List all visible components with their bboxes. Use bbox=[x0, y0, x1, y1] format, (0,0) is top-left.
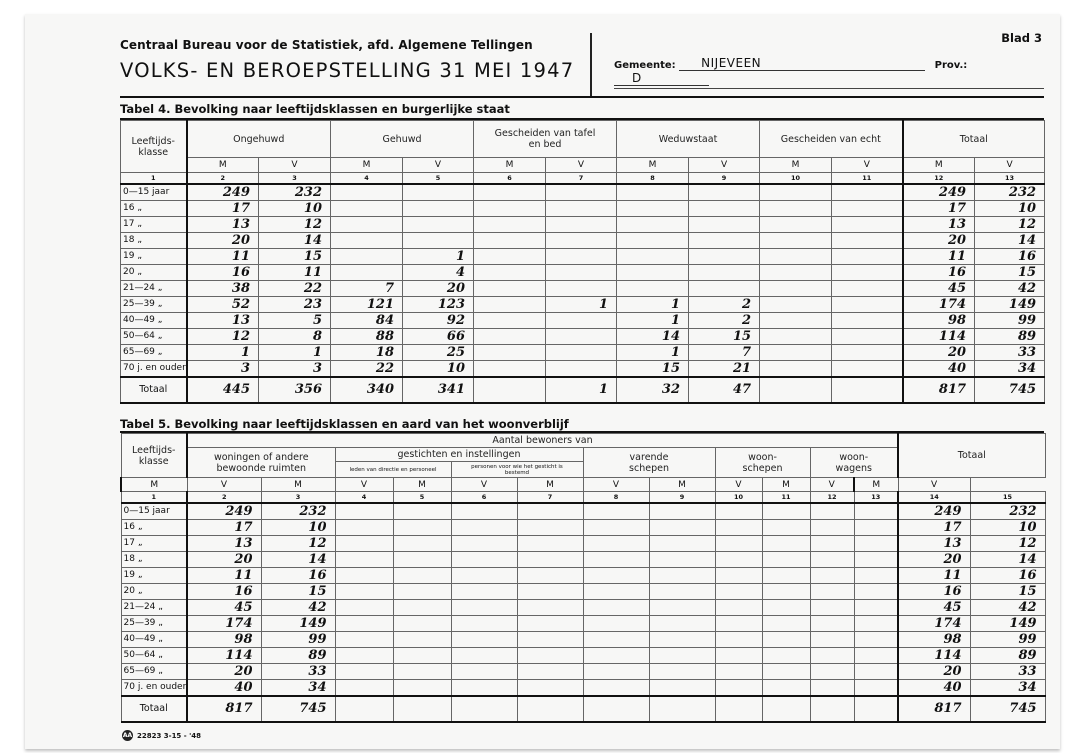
age-class-label: 65—69 „ bbox=[121, 344, 187, 360]
data-cell: 17 bbox=[903, 200, 975, 216]
column-number: 10 bbox=[760, 173, 832, 184]
data-cell: 7 bbox=[331, 280, 403, 296]
column-number: 13 bbox=[854, 492, 898, 503]
data-cell bbox=[331, 248, 403, 264]
data-cell bbox=[854, 535, 898, 551]
province-field: D bbox=[614, 71, 709, 86]
data-cell bbox=[335, 599, 393, 615]
total-cell: 1 bbox=[546, 377, 617, 403]
data-cell: 45 bbox=[187, 599, 261, 615]
data-cell: 22 bbox=[331, 360, 403, 377]
data-cell bbox=[393, 679, 451, 696]
sex-header-m: M bbox=[187, 158, 259, 173]
group-header-woningen: woningen of andere bewoonde ruimten bbox=[187, 448, 335, 478]
column-number: 9 bbox=[689, 173, 760, 184]
group-header-totaal: Totaal bbox=[898, 434, 1045, 478]
column-number: 3 bbox=[259, 173, 331, 184]
data-cell: 12 bbox=[261, 535, 335, 551]
data-cell: 1 bbox=[187, 344, 259, 360]
data-cell: 2 bbox=[689, 296, 760, 312]
data-cell bbox=[617, 280, 689, 296]
table-row: 65—69 „20332033 bbox=[121, 663, 1045, 679]
data-cell bbox=[393, 503, 451, 520]
data-cell bbox=[832, 312, 903, 328]
data-cell bbox=[760, 344, 832, 360]
data-cell: 20 bbox=[898, 551, 970, 567]
data-cell bbox=[583, 679, 649, 696]
data-cell bbox=[393, 567, 451, 583]
data-cell bbox=[810, 535, 854, 551]
data-cell bbox=[810, 551, 854, 567]
data-cell bbox=[760, 280, 832, 296]
data-cell bbox=[649, 599, 715, 615]
data-cell: 88 bbox=[331, 328, 403, 344]
data-cell bbox=[335, 679, 393, 696]
form-title: VOLKS- EN BEROEPSTELLING 31 MEI 1947 bbox=[120, 59, 574, 82]
table-row: 21—24 „38227204542 bbox=[121, 280, 1045, 296]
table-row: 25—39 „174149174149 bbox=[121, 615, 1045, 631]
total-cell: 745 bbox=[261, 696, 335, 722]
sex-header-m: M bbox=[261, 478, 335, 492]
data-cell: 33 bbox=[261, 663, 335, 679]
data-cell bbox=[451, 583, 517, 599]
sex-header-m: M bbox=[903, 158, 975, 173]
data-cell bbox=[546, 232, 617, 248]
data-cell bbox=[331, 216, 403, 232]
data-cell bbox=[517, 503, 583, 520]
data-cell bbox=[474, 280, 546, 296]
table-row: 16 „17101710 bbox=[121, 519, 1045, 535]
data-cell bbox=[810, 631, 854, 647]
data-cell bbox=[762, 679, 810, 696]
data-cell bbox=[832, 296, 903, 312]
data-cell bbox=[762, 615, 810, 631]
data-cell bbox=[546, 280, 617, 296]
data-cell bbox=[760, 296, 832, 312]
data-cell: 16 bbox=[187, 264, 259, 280]
data-cell: 38 bbox=[187, 280, 259, 296]
total-row: Totaal44535634034113247817745 bbox=[121, 377, 1045, 403]
data-cell bbox=[474, 360, 546, 377]
sex-header-m: M bbox=[854, 478, 898, 492]
data-cell bbox=[832, 216, 903, 232]
table5-dwelling-type: Leeftijds-klasse Aantal bewoners van Tot… bbox=[120, 433, 1046, 723]
age-class-label: 65—69 „ bbox=[121, 663, 187, 679]
age-class-label: 20 „ bbox=[121, 583, 187, 599]
data-cell: 17 bbox=[898, 519, 970, 535]
data-cell bbox=[760, 264, 832, 280]
sex-header-v: V bbox=[335, 478, 393, 492]
table-row: 25—39 „5223121123112174149 bbox=[121, 296, 1045, 312]
data-cell: 98 bbox=[898, 631, 970, 647]
data-cell: 249 bbox=[187, 503, 261, 520]
data-cell bbox=[546, 184, 617, 201]
column-number: 1 bbox=[121, 173, 187, 184]
super-header-aantal-bewoners: Aantal bewoners van bbox=[187, 434, 898, 448]
data-cell: 20 bbox=[187, 663, 261, 679]
table-row: 70 j. en ouder33221015214034 bbox=[121, 360, 1045, 377]
data-cell bbox=[331, 264, 403, 280]
sex-header-m: M bbox=[649, 478, 715, 492]
data-cell bbox=[517, 631, 583, 647]
data-cell: 34 bbox=[970, 679, 1045, 696]
data-cell bbox=[689, 248, 760, 264]
data-cell: 11 bbox=[187, 567, 261, 583]
data-cell: 89 bbox=[975, 328, 1045, 344]
data-cell bbox=[451, 599, 517, 615]
data-cell bbox=[583, 599, 649, 615]
table-row: 19 „11161116 bbox=[121, 567, 1045, 583]
data-cell bbox=[762, 535, 810, 551]
data-cell bbox=[649, 503, 715, 520]
data-cell: 89 bbox=[970, 647, 1045, 663]
data-cell: 14 bbox=[617, 328, 689, 344]
header-divider bbox=[590, 33, 592, 96]
data-cell bbox=[583, 551, 649, 567]
data-cell bbox=[335, 615, 393, 631]
age-class-label: 21—24 „ bbox=[121, 599, 187, 615]
data-cell bbox=[715, 519, 762, 535]
table-row: 19 „111511116 bbox=[121, 248, 1045, 264]
data-cell: 15 bbox=[617, 360, 689, 377]
data-cell: 2 bbox=[689, 312, 760, 328]
table-row: 0—15 jaar249232249232 bbox=[121, 503, 1045, 520]
data-cell: 232 bbox=[970, 503, 1045, 520]
data-cell: 33 bbox=[970, 663, 1045, 679]
data-cell: 12 bbox=[187, 328, 259, 344]
data-cell: 11 bbox=[903, 248, 975, 264]
data-cell bbox=[832, 232, 903, 248]
data-cell bbox=[810, 567, 854, 583]
data-cell bbox=[546, 360, 617, 377]
data-cell bbox=[517, 679, 583, 696]
data-cell bbox=[617, 264, 689, 280]
data-cell bbox=[451, 567, 517, 583]
age-class-label: 50—64 „ bbox=[121, 647, 187, 663]
data-cell bbox=[617, 232, 689, 248]
data-cell bbox=[583, 583, 649, 599]
data-cell bbox=[451, 551, 517, 567]
data-cell bbox=[583, 535, 649, 551]
data-cell bbox=[451, 615, 517, 631]
data-cell bbox=[832, 184, 903, 201]
data-cell bbox=[854, 583, 898, 599]
data-cell: 17 bbox=[187, 200, 259, 216]
column-number: 3 bbox=[261, 492, 335, 503]
data-cell bbox=[832, 200, 903, 216]
data-cell bbox=[649, 679, 715, 696]
data-cell: 174 bbox=[898, 615, 970, 631]
data-cell bbox=[451, 663, 517, 679]
data-cell: 149 bbox=[261, 615, 335, 631]
age-class-label: 19 „ bbox=[121, 248, 187, 264]
data-cell bbox=[832, 344, 903, 360]
data-cell: 52 bbox=[187, 296, 259, 312]
subgroup-header-bestemd: personen voor wie het gesticht is bestem… bbox=[451, 462, 583, 478]
age-class-label: 70 j. en ouder bbox=[121, 679, 187, 696]
data-cell: 12 bbox=[970, 535, 1045, 551]
data-cell: 13 bbox=[903, 216, 975, 232]
data-cell bbox=[854, 647, 898, 663]
total-cell: 47 bbox=[689, 377, 760, 403]
data-cell: 42 bbox=[975, 280, 1045, 296]
table-row: 0—15 jaar249232249232 bbox=[121, 184, 1045, 201]
data-cell: 99 bbox=[975, 312, 1045, 328]
column-number: 13 bbox=[975, 173, 1045, 184]
data-cell bbox=[715, 583, 762, 599]
data-cell: 45 bbox=[903, 280, 975, 296]
data-cell bbox=[649, 663, 715, 679]
data-cell: 249 bbox=[187, 184, 259, 201]
data-cell bbox=[689, 280, 760, 296]
data-cell bbox=[762, 551, 810, 567]
form-footer: AA 22823 3-15 - '48 bbox=[122, 730, 201, 741]
data-cell bbox=[393, 583, 451, 599]
sex-header-m: M bbox=[762, 478, 810, 492]
subgroup-header-directie-personeel: leden van directie en personeel bbox=[335, 462, 451, 478]
sex-header-v: V bbox=[451, 478, 517, 492]
data-cell bbox=[393, 615, 451, 631]
data-cell bbox=[403, 184, 474, 201]
data-cell bbox=[546, 344, 617, 360]
data-cell: 16 bbox=[903, 264, 975, 280]
total-cell: 817 bbox=[187, 696, 261, 722]
data-cell bbox=[854, 519, 898, 535]
column-number: 12 bbox=[810, 492, 854, 503]
data-cell bbox=[810, 519, 854, 535]
data-cell bbox=[760, 232, 832, 248]
table4-title: Tabel 4. Bevolking naar leeftijdsklassen… bbox=[120, 102, 510, 116]
data-cell bbox=[854, 663, 898, 679]
municipality-row: Gemeente: NIJEVEEN Prov.: D bbox=[614, 56, 1044, 86]
data-cell: 20 bbox=[187, 551, 261, 567]
total-cell bbox=[854, 696, 898, 722]
province-label: Prov.: bbox=[935, 60, 968, 71]
column-number: 1 bbox=[121, 492, 187, 503]
data-cell bbox=[715, 663, 762, 679]
data-cell bbox=[331, 184, 403, 201]
data-cell bbox=[583, 615, 649, 631]
data-cell: 121 bbox=[331, 296, 403, 312]
data-cell bbox=[762, 599, 810, 615]
data-cell bbox=[762, 519, 810, 535]
group-header-woonschepen: woon-schepen bbox=[715, 448, 810, 478]
data-cell: 114 bbox=[898, 647, 970, 663]
group-header-varende-schepen: varende schepen bbox=[583, 448, 715, 478]
age-class-label: 16 „ bbox=[121, 200, 187, 216]
data-cell: 34 bbox=[975, 360, 1045, 377]
data-cell: 174 bbox=[903, 296, 975, 312]
data-cell: 42 bbox=[970, 599, 1045, 615]
data-cell bbox=[403, 216, 474, 232]
age-class-label: 40—49 „ bbox=[121, 312, 187, 328]
data-cell bbox=[832, 264, 903, 280]
table-row: 20 „161141615 bbox=[121, 264, 1045, 280]
data-cell: 10 bbox=[970, 519, 1045, 535]
sex-header-m: M bbox=[121, 478, 187, 492]
column-number: 12 bbox=[903, 173, 975, 184]
data-cell: 1 bbox=[546, 296, 617, 312]
data-cell bbox=[649, 583, 715, 599]
data-cell bbox=[451, 519, 517, 535]
column-number: 2 bbox=[187, 173, 259, 184]
data-cell: 13 bbox=[187, 535, 261, 551]
age-class-label: 21—24 „ bbox=[121, 280, 187, 296]
data-cell bbox=[649, 535, 715, 551]
data-cell bbox=[617, 184, 689, 201]
data-cell bbox=[810, 679, 854, 696]
data-cell bbox=[854, 631, 898, 647]
data-cell bbox=[832, 248, 903, 264]
data-cell bbox=[689, 216, 760, 232]
data-cell: 20 bbox=[898, 663, 970, 679]
printer-logo-icon: AA bbox=[122, 730, 133, 741]
data-cell: 249 bbox=[898, 503, 970, 520]
data-cell bbox=[715, 567, 762, 583]
age-class-label: 0—15 jaar bbox=[121, 503, 187, 520]
sex-header-v: V bbox=[810, 478, 854, 492]
data-cell bbox=[335, 583, 393, 599]
table5-title: Tabel 5. Bevolking naar leeftijdsklassen… bbox=[120, 417, 569, 431]
data-cell bbox=[760, 184, 832, 201]
data-cell: 3 bbox=[187, 360, 259, 377]
data-cell bbox=[393, 663, 451, 679]
data-cell: 11 bbox=[898, 567, 970, 583]
data-cell bbox=[546, 328, 617, 344]
data-cell bbox=[762, 663, 810, 679]
sex-header-v: V bbox=[689, 158, 760, 173]
table-row: 70 j. en ouder40344034 bbox=[121, 679, 1045, 696]
data-cell bbox=[810, 503, 854, 520]
data-cell bbox=[517, 663, 583, 679]
column-number: 8 bbox=[583, 492, 649, 503]
total-cell bbox=[649, 696, 715, 722]
data-cell: 20 bbox=[187, 232, 259, 248]
age-class-label: 17 „ bbox=[121, 216, 187, 232]
table-row: 40—49 „98999899 bbox=[121, 631, 1045, 647]
data-cell: 232 bbox=[975, 184, 1045, 201]
data-cell bbox=[474, 264, 546, 280]
data-cell bbox=[335, 631, 393, 647]
table-row: 40—49 „1358492129899 bbox=[121, 312, 1045, 328]
data-cell bbox=[331, 200, 403, 216]
data-cell: 22 bbox=[259, 280, 331, 296]
group-header-gehuwd: Gehuwd bbox=[331, 121, 474, 158]
column-number: 5 bbox=[393, 492, 451, 503]
data-cell bbox=[617, 248, 689, 264]
data-cell bbox=[335, 519, 393, 535]
data-cell bbox=[546, 200, 617, 216]
age-class-label: 17 „ bbox=[121, 535, 187, 551]
data-cell: 5 bbox=[259, 312, 331, 328]
group-header-gescheiden-tafel-bed: Gescheiden van tafel en bed bbox=[474, 121, 617, 158]
group-header-ongehuwd: Ongehuwd bbox=[187, 121, 331, 158]
data-cell bbox=[517, 647, 583, 663]
data-cell bbox=[617, 200, 689, 216]
sex-header-v: V bbox=[583, 478, 649, 492]
column-number: 11 bbox=[832, 173, 903, 184]
table-row: 17 „13121312 bbox=[121, 535, 1045, 551]
data-cell bbox=[689, 200, 760, 216]
data-cell bbox=[546, 312, 617, 328]
table4-marital-status: Leeftijds-klasse Ongehuwd Gehuwd Geschei… bbox=[120, 120, 1045, 404]
total-cell: 745 bbox=[970, 696, 1045, 722]
data-cell: 20 bbox=[403, 280, 474, 296]
total-cell bbox=[583, 696, 649, 722]
data-cell: 16 bbox=[975, 248, 1045, 264]
data-cell: 66 bbox=[403, 328, 474, 344]
data-cell bbox=[854, 679, 898, 696]
total-cell bbox=[474, 377, 546, 403]
data-cell: 13 bbox=[187, 312, 259, 328]
data-cell: 12 bbox=[259, 216, 331, 232]
sex-header-m: M bbox=[760, 158, 832, 173]
table-row: 18 „20142014 bbox=[121, 551, 1045, 567]
sex-header-v: V bbox=[898, 478, 970, 492]
data-cell bbox=[715, 599, 762, 615]
data-cell bbox=[762, 647, 810, 663]
sex-header-m: M bbox=[393, 478, 451, 492]
data-cell: 11 bbox=[187, 248, 259, 264]
data-cell bbox=[474, 312, 546, 328]
sex-header-v: V bbox=[546, 158, 617, 173]
data-cell bbox=[335, 535, 393, 551]
data-cell bbox=[451, 535, 517, 551]
data-cell: 1 bbox=[617, 296, 689, 312]
data-cell bbox=[810, 599, 854, 615]
data-cell: 4 bbox=[403, 264, 474, 280]
data-cell bbox=[393, 519, 451, 535]
sex-header-m: M bbox=[617, 158, 689, 173]
age-class-label: 50—64 „ bbox=[121, 328, 187, 344]
data-cell bbox=[760, 360, 832, 377]
data-cell bbox=[546, 264, 617, 280]
data-cell: 149 bbox=[970, 615, 1045, 631]
data-cell bbox=[474, 232, 546, 248]
data-cell bbox=[760, 328, 832, 344]
data-cell bbox=[649, 647, 715, 663]
data-cell: 149 bbox=[975, 296, 1045, 312]
total-cell: 341 bbox=[403, 377, 474, 403]
data-cell bbox=[451, 647, 517, 663]
total-cell: 817 bbox=[903, 377, 975, 403]
data-cell: 84 bbox=[331, 312, 403, 328]
total-cell: 817 bbox=[898, 696, 970, 722]
total-cell bbox=[393, 696, 451, 722]
data-cell bbox=[335, 647, 393, 663]
data-cell: 14 bbox=[259, 232, 331, 248]
data-cell: 11 bbox=[259, 264, 331, 280]
table-row: 16 „17101710 bbox=[121, 200, 1045, 216]
data-cell bbox=[762, 583, 810, 599]
data-cell bbox=[715, 551, 762, 567]
data-cell: 99 bbox=[970, 631, 1045, 647]
column-number: 8 bbox=[617, 173, 689, 184]
group-header-woonwagens: woon-wagens bbox=[810, 448, 898, 478]
data-cell: 99 bbox=[261, 631, 335, 647]
column-number: 11 bbox=[762, 492, 810, 503]
data-cell: 14 bbox=[970, 551, 1045, 567]
total-cell bbox=[832, 377, 903, 403]
age-class-label: 25—39 „ bbox=[121, 615, 187, 631]
data-cell bbox=[689, 232, 760, 248]
data-cell: 10 bbox=[259, 200, 331, 216]
data-cell bbox=[546, 216, 617, 232]
data-cell bbox=[451, 679, 517, 696]
data-cell: 16 bbox=[261, 567, 335, 583]
data-cell bbox=[854, 503, 898, 520]
data-cell: 20 bbox=[903, 232, 975, 248]
